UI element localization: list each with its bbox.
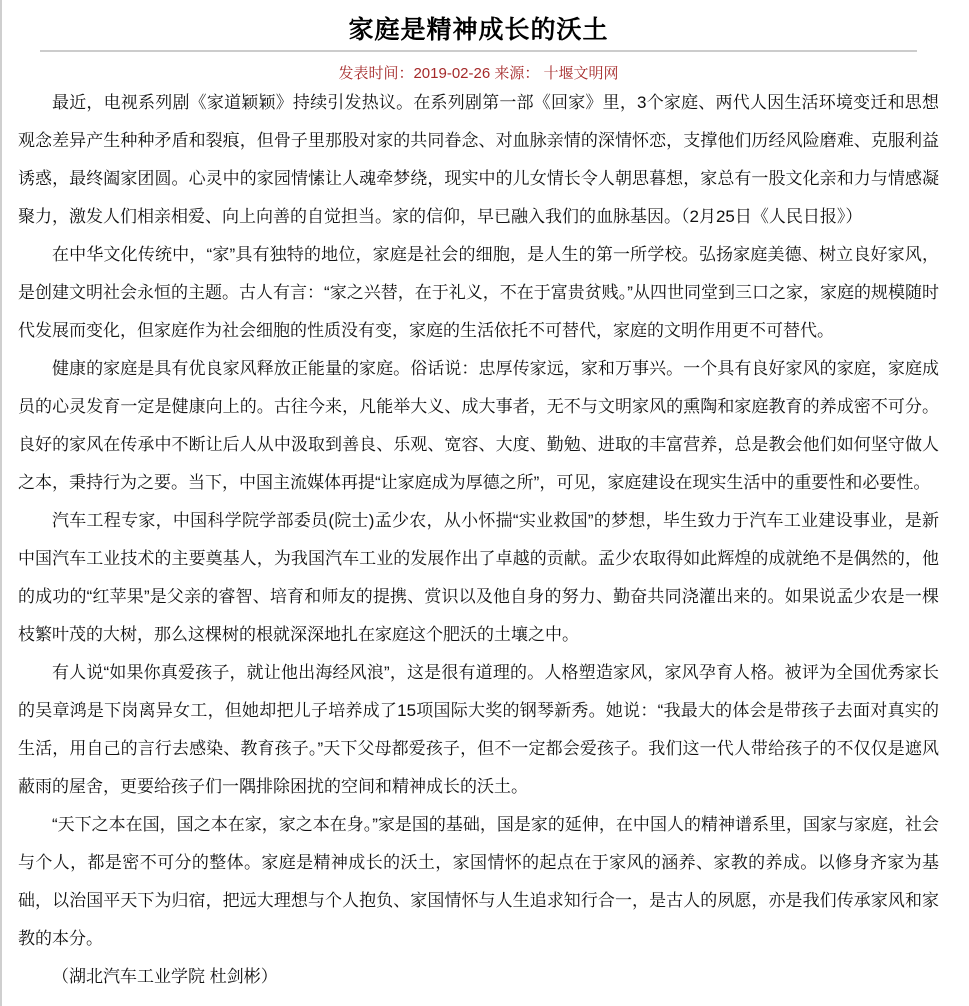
article-paragraph: （湖北汽车工业学院 杜剑彬） bbox=[18, 958, 939, 996]
article-paragraph: 在中华文化传统中，“家”具有独特的地位，家庭是社会的细胞，是人生的第一所学校。弘… bbox=[18, 236, 939, 350]
article-paragraph: 健康的家庭是具有优良家风释放正能量的家庭。俗话说：忠厚传家远，家和万事兴。一个具… bbox=[18, 350, 939, 502]
article-paragraph: 汽车工程专家，中国科学院学部委员(院士)孟少农，从小怀揣“实业救国”的梦想，毕生… bbox=[18, 502, 939, 654]
article-paragraph: “天下之本在国，国之本在家，家之本在身。”家是国的基础，国是家的延伸，在中国人的… bbox=[18, 806, 939, 958]
article-meta-line: 发表时间：2019-02-26 来源： 十堰文明网 bbox=[18, 52, 939, 84]
article-title: 家庭是精神成长的沃土 bbox=[18, 0, 939, 40]
article-page: 家庭是精神成长的沃土 发表时间：2019-02-26 来源： 十堰文明网 最近，… bbox=[0, 0, 969, 1006]
article-paragraph: 最近，电视系列剧《家道颖颖》持续引发热议。在系列剧第一部《回家》里，3个家庭、两… bbox=[18, 84, 939, 236]
article-body: 最近，电视系列剧《家道颖颖》持续引发热议。在系列剧第一部《回家》里，3个家庭、两… bbox=[18, 84, 939, 996]
article-paragraph: 有人说“如果你真爱孩子，就让他出海经风浪”，这是很有道理的。人格塑造家风，家风孕… bbox=[18, 654, 939, 806]
